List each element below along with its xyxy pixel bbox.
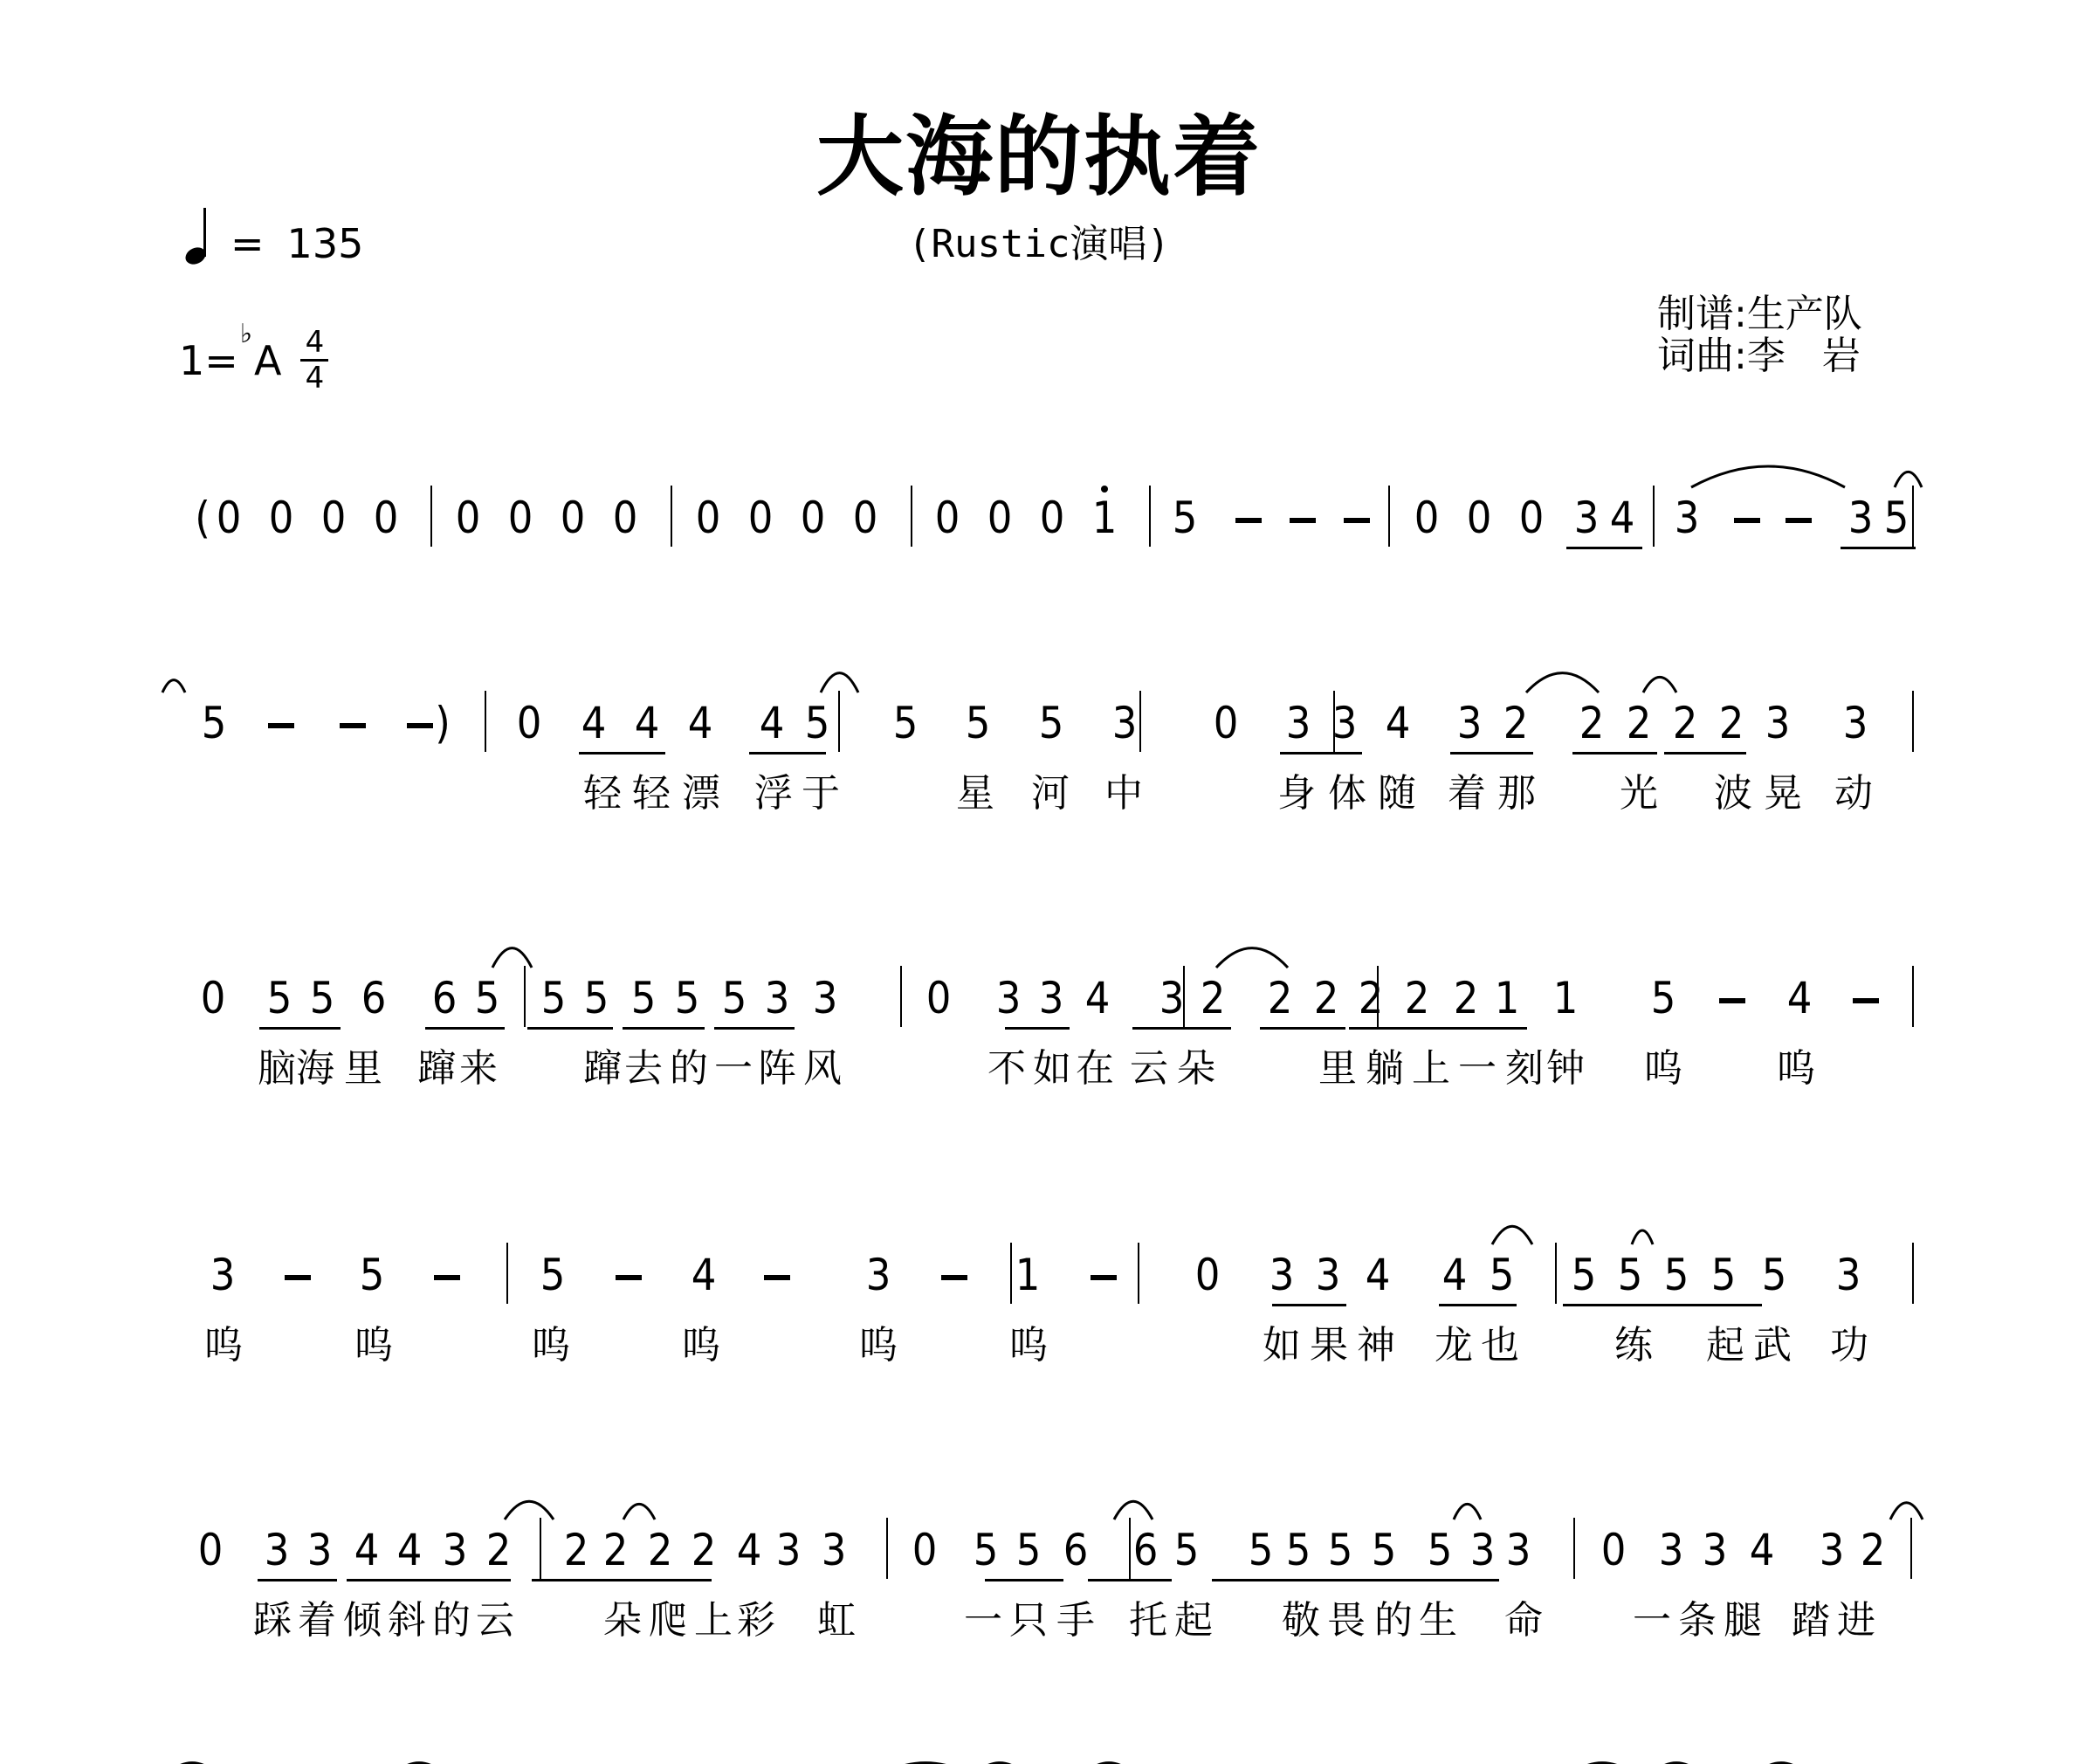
barline — [1388, 486, 1390, 547]
lyric-char: 功 — [1830, 1326, 1868, 1365]
note-digit: 2 — [603, 1528, 629, 1572]
note-digit: 0 — [201, 976, 226, 1020]
note-digit: 5 — [722, 976, 747, 1020]
note-digit: 3 — [765, 976, 790, 1020]
note-digit: 0 — [1414, 496, 1440, 540]
hold-dash — [1719, 998, 1745, 1003]
note-digit: 4 — [1610, 496, 1635, 540]
hold-dash — [434, 1275, 460, 1280]
note-digit: 5 — [1490, 1253, 1515, 1297]
barline — [1129, 1518, 1131, 1579]
hold-dash — [764, 1275, 790, 1280]
note-digit: 5 — [541, 976, 567, 1020]
lyric-char: 里 — [1318, 1050, 1357, 1088]
lyric-char: 斜 — [388, 1602, 426, 1640]
note-digit: 0 — [269, 496, 294, 540]
note-digit: 5 — [1711, 1253, 1737, 1297]
note-digit: 0 — [517, 701, 542, 745]
lyric-char: 如 — [1263, 1326, 1301, 1365]
note-digit: 5 — [1372, 1528, 1397, 1572]
barline — [1139, 691, 1141, 752]
tempo-marking: = 135 — [185, 210, 363, 264]
lyric-char: 刻 — [1505, 1050, 1544, 1088]
slur — [1691, 466, 1845, 487]
note-digit: 2 — [1454, 976, 1479, 1020]
lyric-char: 如 — [1033, 1050, 1071, 1088]
barline — [1653, 486, 1655, 547]
barline — [1555, 1243, 1557, 1304]
note-digit: 3 — [1574, 496, 1600, 540]
hold-dash — [285, 1275, 311, 1280]
note-digit: 0 — [1467, 496, 1492, 540]
barline — [1912, 1243, 1914, 1304]
eighth-underline — [1450, 752, 1533, 755]
note-digit: 2 — [648, 1528, 673, 1572]
eighth-underline — [425, 1027, 505, 1030]
barline — [838, 691, 840, 752]
note-digit: 4 — [581, 701, 607, 745]
slur — [821, 673, 858, 693]
note-digit: 2 — [1359, 976, 1384, 1020]
note-digit: 0 — [508, 496, 533, 540]
lyric-char: 风 — [803, 1050, 842, 1088]
hold-dash — [616, 1275, 642, 1280]
lyric-char: 朵 — [603, 1602, 642, 1640]
note-digit: 3 — [866, 1253, 891, 1297]
lyric-char: 敬 — [1282, 1602, 1320, 1640]
note-digit: 0 — [1195, 1253, 1221, 1297]
note-digit: 1 — [1015, 1253, 1041, 1297]
lyric-char: 里 — [344, 1050, 382, 1088]
lyric-char: 躺 — [1366, 1050, 1404, 1088]
note-digit: 6 — [1133, 1528, 1159, 1572]
eighth-underline — [1563, 1304, 1634, 1306]
lyric-char: 生 — [1419, 1602, 1457, 1640]
note-digit: 4 — [397, 1528, 423, 1572]
lyric-char: 海 — [296, 1050, 334, 1088]
hold-dash — [1344, 518, 1370, 523]
credit-arranger: 制谱:生产队 — [1657, 293, 1862, 335]
barline — [1149, 486, 1151, 547]
time-denominator: 4 — [306, 363, 325, 393]
barline — [911, 486, 912, 547]
lyric-char: 着 — [1448, 775, 1486, 813]
note-digit: 5 — [1174, 1528, 1200, 1572]
note-digit: 0 — [912, 1528, 938, 1572]
bracket: ) — [435, 701, 451, 745]
lyric-char: 踩 — [253, 1602, 292, 1640]
note-digit: 0 — [987, 496, 1013, 540]
lyric-char: 进 — [1837, 1602, 1875, 1640]
eighth-underline — [1664, 752, 1746, 755]
note-digit: 3 — [443, 1528, 468, 1572]
time-numerator: 4 — [306, 327, 325, 357]
credit-label: 词曲: — [1657, 334, 1747, 378]
note-digit: 5 — [974, 1528, 999, 1572]
note-digit: 4 — [1386, 701, 1411, 745]
note-digit: 6 — [1063, 1528, 1089, 1572]
note-digit: 3 — [1675, 496, 1700, 540]
eighth-underline — [1225, 1579, 1270, 1581]
note-digit: 0 — [613, 496, 638, 540]
note-digit: 5 — [1016, 1528, 1042, 1572]
note-digit: 0 — [321, 496, 347, 540]
note-digit: 3 — [1286, 701, 1311, 745]
note-digit: 4 — [354, 1528, 380, 1572]
lyric-char: 一 — [714, 1050, 753, 1088]
eighth-underline — [579, 752, 665, 755]
slur — [1114, 1501, 1153, 1519]
barline — [900, 966, 902, 1027]
slur — [1492, 1226, 1532, 1244]
lyric-char: 条 — [1678, 1602, 1717, 1640]
lyric-char: 在 — [1076, 1050, 1114, 1088]
note-digit: 3 — [1039, 976, 1064, 1020]
slur — [623, 1504, 655, 1519]
credit-lyrics-music: 词曲:李 岩 — [1657, 335, 1862, 377]
lyric-char: 云 — [1130, 1050, 1168, 1088]
note-digit: 6 — [432, 976, 458, 1020]
lyric-char: 一 — [1458, 1050, 1497, 1088]
eighth-underline — [1280, 752, 1362, 755]
note-digit: 0 — [1519, 496, 1545, 540]
time-signature: 4 4 — [300, 327, 328, 393]
eighth-underline — [1017, 1579, 1063, 1581]
lyric-char: 果 — [1310, 1326, 1348, 1365]
barline — [506, 1243, 508, 1304]
eighth-underline — [749, 752, 826, 755]
lyric-char: 轻 — [583, 775, 622, 813]
note-digit: 4 — [1750, 1528, 1775, 1572]
lyric-char: 练 — [1614, 1326, 1653, 1365]
note-digit: 0 — [935, 496, 960, 540]
lyric-char: 的 — [432, 1602, 471, 1640]
lyric-char: 于 — [802, 775, 840, 813]
lyric-char: 命 — [1504, 1602, 1543, 1640]
lyric-char: 波 — [1714, 775, 1752, 813]
lyric-char: 去 — [624, 1050, 663, 1088]
note-digit: 0 — [198, 1528, 224, 1572]
note-digit: 4 — [635, 701, 660, 745]
lyric-char: 的 — [1374, 1602, 1413, 1640]
note-digit: 5 — [1428, 1528, 1453, 1572]
note-digit: 2 — [486, 1528, 512, 1572]
note-digit: 3 — [265, 1528, 290, 1572]
note-digit: 3 — [1506, 1528, 1531, 1572]
song-title: 大海的执着 — [0, 114, 2078, 201]
lyric-char: 阵 — [758, 1050, 796, 1088]
lyric-char: 光 — [1620, 775, 1658, 813]
note-digit: 4 — [760, 701, 785, 745]
credit-value: 李 岩 — [1747, 334, 1861, 378]
note-digit: 2 — [1719, 701, 1744, 745]
slur — [1632, 1230, 1653, 1244]
lyric-char: 轻 — [632, 775, 671, 813]
hold-dash — [407, 723, 433, 728]
eighth-underline — [571, 1027, 613, 1030]
note-digit: 3 — [1703, 1528, 1728, 1572]
slur — [1895, 472, 1922, 487]
note-digit: 5 — [1572, 1253, 1597, 1297]
note-digit: 0 — [801, 496, 826, 540]
lyric-char: 呜 — [532, 1326, 570, 1365]
note-digit: 3 — [1470, 1528, 1496, 1572]
note-digit: 5 — [267, 976, 292, 1020]
lyric-char: 的 — [670, 1050, 708, 1088]
barline — [1912, 486, 1914, 547]
barline — [485, 691, 486, 752]
lyric-char: 脑 — [258, 1050, 296, 1088]
eighth-underline — [623, 1027, 705, 1030]
hold-dash — [1091, 1275, 1117, 1280]
note-digit: 2 — [1314, 976, 1339, 1020]
note-digit: 2 — [1503, 701, 1529, 745]
note-digit: 4 — [688, 701, 713, 745]
note-digit: 4 — [1787, 976, 1813, 1020]
slur — [1454, 1504, 1481, 1519]
note-digit: 0 — [456, 496, 481, 540]
lyric-char: 托 — [1129, 1602, 1167, 1640]
lyric-char: 河 — [1031, 775, 1070, 813]
note-digit: 2 — [1627, 701, 1652, 745]
note-digit: 2 — [564, 1528, 589, 1572]
note-digit: 3 — [1457, 701, 1483, 745]
lyric-char: 呜 — [1009, 1326, 1048, 1365]
note-digit: 0 — [1601, 1528, 1627, 1572]
bracket: ( — [195, 496, 210, 540]
barline — [1912, 691, 1914, 752]
barline — [1912, 966, 1914, 1027]
lyric-char: 彩 — [737, 1602, 775, 1640]
lyric-char: 不 — [987, 1050, 1026, 1088]
hold-dash — [1734, 518, 1760, 523]
eighth-underline — [258, 1579, 337, 1581]
lyric-char: 朵 — [1177, 1050, 1215, 1088]
lyric-char: 蹿 — [417, 1050, 456, 1088]
note-digit: 5 — [1286, 1528, 1311, 1572]
note-digit: 5 — [540, 1253, 566, 1297]
eighth-underline — [1139, 1579, 1172, 1581]
note-digit: 3 — [1159, 976, 1185, 1020]
lyric-char: 随 — [1378, 775, 1416, 813]
lyric-char: 爬 — [649, 1602, 687, 1640]
hold-dash — [340, 723, 366, 728]
lyric-char: 也 — [1481, 1326, 1519, 1365]
lyric-char: 浮 — [754, 775, 793, 813]
note-digit: 3 — [1836, 1253, 1861, 1297]
lyric-char: 晃 — [1764, 775, 1802, 813]
note-digit: 0 — [853, 496, 878, 540]
lyric-char: 手 — [1056, 1602, 1095, 1640]
note-digit: 5 — [202, 701, 227, 745]
barline — [1910, 1518, 1912, 1579]
hold-dash — [1786, 518, 1812, 523]
barline — [886, 1518, 888, 1579]
note-digit: 0 — [696, 496, 721, 540]
lyric-char: 中 — [1104, 775, 1143, 813]
lyric-char: 起 — [1706, 1326, 1744, 1365]
note-digit: 2 — [1579, 701, 1605, 745]
barline — [430, 486, 432, 547]
lyric-char: 那 — [1497, 775, 1536, 813]
note-digit: 0 — [1040, 496, 1065, 540]
lyric-char: 呜 — [354, 1326, 393, 1365]
note-digit: 0 — [217, 496, 242, 540]
note-digit: 5 — [966, 701, 991, 745]
hold-dash — [1853, 998, 1879, 1003]
note-digit: 3 — [210, 1253, 236, 1297]
note-digit: 4 — [1085, 976, 1111, 1020]
quarter-note-icon — [185, 210, 208, 264]
lyric-char: 踏 — [1792, 1602, 1830, 1640]
note-digit: 1 — [1092, 496, 1118, 540]
note-digit: 5 — [1039, 701, 1064, 745]
note-digit: 3 — [1316, 1253, 1341, 1297]
barline — [671, 486, 672, 547]
lyric-char: 武 — [1753, 1326, 1792, 1365]
note-digit: 0 — [561, 496, 586, 540]
note-digit: 0 — [374, 496, 399, 540]
eighth-underline — [714, 1027, 795, 1030]
lyric-char: 星 — [956, 775, 994, 813]
lyric-char: 呜 — [1777, 1050, 1815, 1088]
slur — [1643, 677, 1676, 693]
note-digit: 5 — [1884, 496, 1909, 540]
note-digit: 6 — [361, 976, 387, 1020]
barline — [540, 1518, 541, 1579]
lyric-char: 呜 — [1644, 1050, 1682, 1088]
note-digit: 3 — [307, 1528, 333, 1572]
lyric-char: 蹿 — [583, 1050, 622, 1088]
eighth-underline — [1841, 547, 1916, 549]
note-digit: 5 — [631, 976, 657, 1020]
hold-dash — [1235, 518, 1262, 523]
lyric-char: 腿 — [1724, 1602, 1762, 1640]
note-digit: 3 — [1112, 701, 1138, 745]
note-digit: 4 — [692, 1253, 717, 1297]
barline — [1377, 966, 1379, 1027]
note-digit: 3 — [1270, 1253, 1295, 1297]
barline — [1010, 1243, 1012, 1304]
note-digit: 3 — [1843, 701, 1868, 745]
lyric-char: 云 — [476, 1602, 514, 1640]
note-digit: 4 — [737, 1528, 762, 1572]
eighth-underline — [1442, 1027, 1527, 1030]
note-digit: 1 — [1553, 976, 1579, 1020]
note-digit: 2 — [1861, 1528, 1886, 1572]
eighth-underline — [259, 1027, 341, 1030]
eighth-underline — [1439, 1304, 1517, 1306]
eighth-underline — [1662, 1304, 1734, 1306]
note-digit: 4 — [1442, 1253, 1468, 1297]
note-digit: 3 — [776, 1528, 802, 1572]
barline — [1333, 691, 1335, 752]
lyric-char: 体 — [1328, 775, 1366, 813]
credits: 制谱:生产队 词曲:李 岩 — [1657, 293, 1862, 377]
note-digit: 5 — [360, 1253, 385, 1297]
lyric-char: 呜 — [204, 1326, 243, 1365]
note-digit: 3 — [1765, 701, 1791, 745]
lyric-char: 来 — [459, 1050, 498, 1088]
eighth-underline — [434, 1579, 511, 1581]
note-digit: 0 — [748, 496, 774, 540]
eighth-underline — [1132, 1027, 1231, 1030]
note-digit: 5 — [1618, 1253, 1643, 1297]
note-digit: 5 — [1664, 1253, 1689, 1297]
note-digit: 5 — [675, 976, 700, 1020]
slur — [1526, 673, 1599, 693]
lyric-char: 上 — [694, 1602, 733, 1640]
note-digit: 3 — [1332, 701, 1358, 745]
note-digit: 2 — [1673, 701, 1698, 745]
lyric-char: 呜 — [682, 1326, 720, 1365]
lyric-char: 虹 — [817, 1602, 856, 1640]
eighth-underline — [1272, 1304, 1346, 1306]
lyric-char: 钟 — [1546, 1050, 1585, 1088]
note-digit: 2 — [1405, 976, 1430, 1020]
note-digit: 5 — [893, 701, 919, 745]
note-digit: 3 — [822, 1528, 847, 1572]
note-digit: 0 — [1214, 701, 1239, 745]
tempo-bpm: 135 — [287, 224, 364, 264]
eighth-underline — [1572, 752, 1657, 755]
eighth-underline — [1566, 547, 1642, 549]
note-digit: 5 — [1328, 1528, 1353, 1572]
note-digit: 5 — [805, 701, 830, 745]
eighth-underline — [1734, 1304, 1762, 1306]
slur — [492, 948, 532, 968]
barline — [1573, 1518, 1575, 1579]
note-digit: 3 — [996, 976, 1022, 1020]
lyric-char: 上 — [1412, 1050, 1450, 1088]
octave-dot — [1101, 486, 1108, 493]
note-digit: 5 — [1651, 976, 1676, 1020]
note-digit: 5 — [310, 976, 335, 1020]
eighth-underline — [1005, 1027, 1070, 1030]
lyric-char: 一 — [1633, 1602, 1671, 1640]
hold-dash — [1290, 518, 1316, 523]
eighth-underline — [1260, 1027, 1345, 1030]
lyric-char: 龙 — [1435, 1326, 1473, 1365]
note-digit: 3 — [813, 976, 838, 1020]
hold-dash — [268, 723, 294, 728]
lyric-char: 起 — [1174, 1602, 1213, 1640]
note-digit: 0 — [926, 976, 952, 1020]
barline — [1183, 966, 1185, 1027]
lyric-char: 动 — [1834, 775, 1873, 813]
note-digit: 2 — [1268, 976, 1293, 1020]
note-digit: 3 — [1659, 1528, 1684, 1572]
barline — [1138, 1243, 1139, 1304]
lyric-char: 只 — [1009, 1602, 1048, 1640]
note-digit: 1 — [1495, 976, 1520, 1020]
eighth-underline — [617, 1579, 712, 1581]
note-digit: 3 — [1820, 1528, 1845, 1572]
credit-label: 制谱: — [1657, 292, 1747, 336]
tempo-equals: = — [231, 224, 265, 264]
note-digit: 2 — [1201, 976, 1226, 1020]
credit-value: 生产队 — [1747, 292, 1862, 336]
slur — [1216, 948, 1288, 968]
lyric-char: 畏 — [1327, 1602, 1366, 1640]
lyric-char: 倾 — [343, 1602, 382, 1640]
note-digit: 5 — [475, 976, 500, 1020]
key-signature: 1= ♭ A 4 4 — [179, 327, 328, 393]
note-digit: 3 — [1848, 496, 1874, 540]
eighth-underline — [1336, 1579, 1384, 1581]
lyric-char: 一 — [964, 1602, 1002, 1640]
lyric-char: 漂 — [682, 775, 720, 813]
